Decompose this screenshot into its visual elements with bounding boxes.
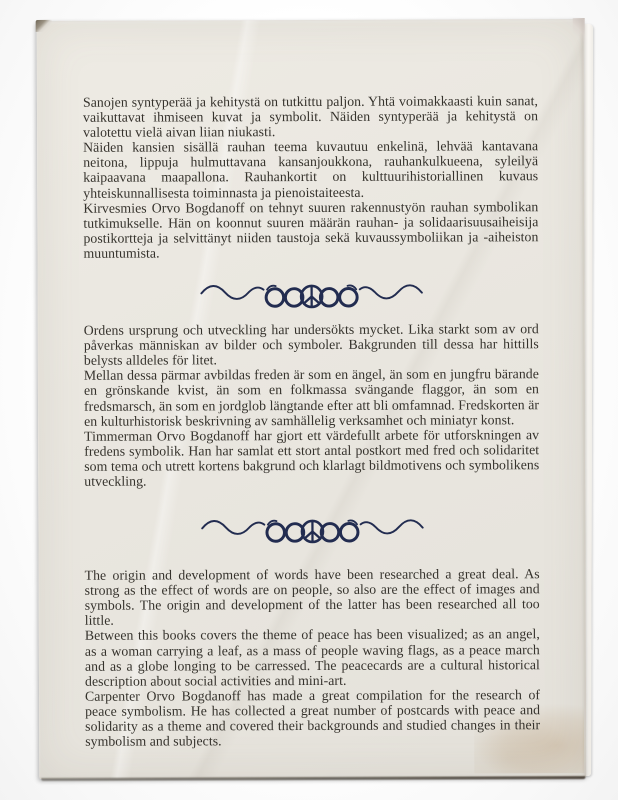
swedish-paragraph: Mellan dessa pärmar avbildas freden är s…	[84, 367, 539, 429]
peace-swirl-ornament-icon	[193, 507, 431, 550]
english-paragraph: The origin and development of words have…	[85, 566, 540, 628]
english-section: The origin and development of words have…	[85, 566, 541, 749]
corner-wear-top-right	[573, 18, 585, 44]
swedish-paragraph: Ordens ursprung och utveckling har under…	[84, 321, 539, 368]
english-paragraph: Carpenter Orvo Bogdanoff has made a grea…	[85, 687, 540, 749]
book-photo: Sanojen syntyperää ja kehitystä on tutki…	[0, 0, 618, 800]
cover-text-block: Sanojen syntyperää ja kehitystä on tutki…	[83, 93, 540, 749]
english-paragraph: Between this books covers the theme of p…	[85, 627, 540, 689]
finnish-paragraph: Kirvesmies Orvo Bogdanoff on tehnyt suur…	[83, 199, 538, 261]
swedish-section: Ordens ursprung och utveckling har under…	[84, 321, 540, 489]
book-back-cover: Sanojen syntyperää ja kehitystä on tutki…	[37, 19, 587, 779]
peace-swirl-ornament-icon	[192, 272, 430, 315]
finnish-paragraph: Sanojen syntyperää ja kehitystä on tutki…	[83, 93, 538, 140]
cover-bottom-edge	[41, 776, 585, 781]
corner-wear-top-left	[36, 20, 52, 32]
finnish-paragraph: Näiden kansien sisällä rauhan teema kuva…	[83, 138, 538, 200]
swedish-paragraph: Timmerman Orvo Bogdanoff har gjort ett v…	[84, 427, 539, 489]
finnish-section: Sanojen syntyperää ja kehitystä on tutki…	[83, 93, 539, 261]
